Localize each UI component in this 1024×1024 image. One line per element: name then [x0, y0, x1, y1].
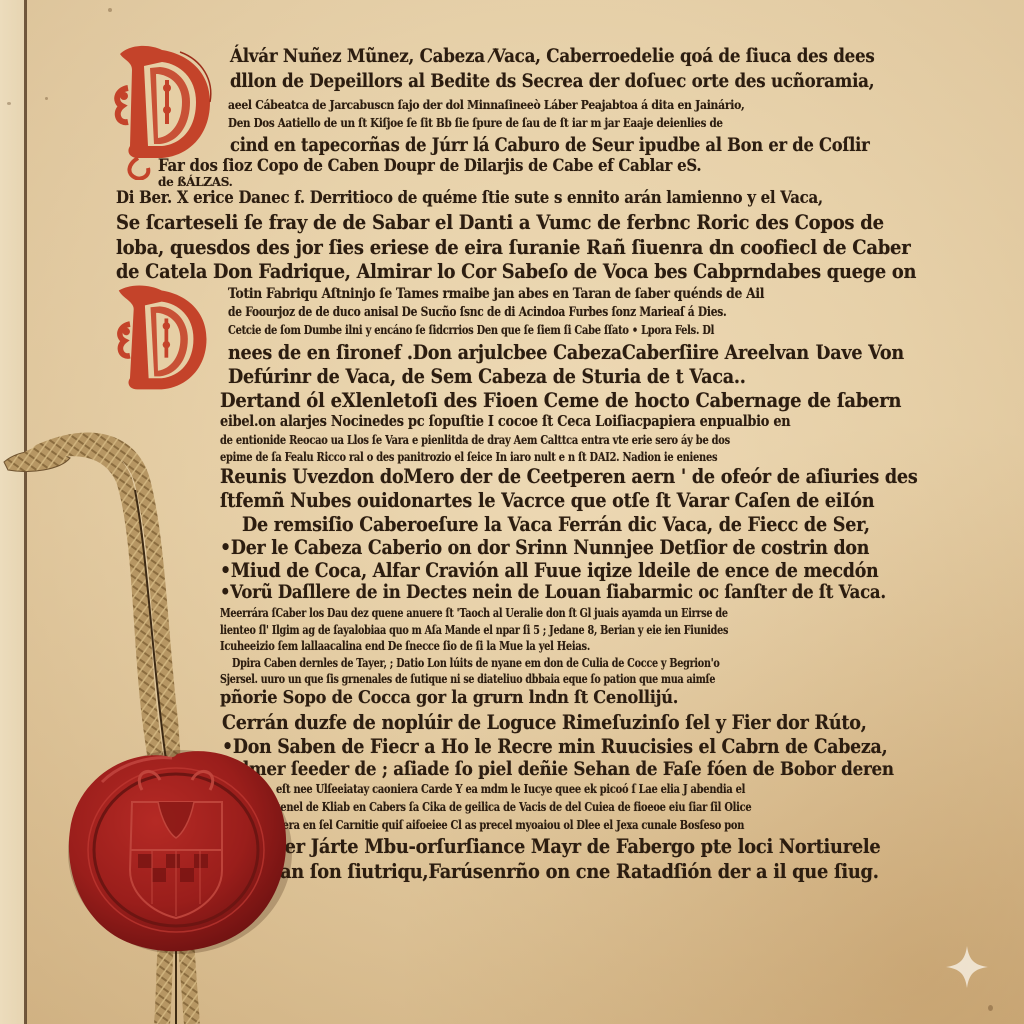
sparkle-icon — [944, 944, 990, 990]
text-line: olmer ſeeder de ; aſiade ſo piel deñie S… — [232, 760, 894, 779]
text-line: tan ſon ſiutriqu,Farúsenrño on cne Ratad… — [272, 861, 879, 881]
text-line: pera en ſel Carnitie quiſ aifoeiee Cl as… — [276, 819, 744, 831]
text-line: cind en tapecorñas de Júrr lá Caburo de … — [230, 136, 869, 155]
text-line: Álvár Nuñez Mũnez, Cabeza ⁄Vaca, Caberro… — [230, 47, 875, 66]
text-line: tenel de Kliab en Cabers ſa Cika de geil… — [276, 801, 751, 813]
text-line: dllon de Depeillors al Bedite ds Secrea … — [230, 72, 874, 91]
text-line: eſt nee Ulſeeiatay caoniera Carde Y ea m… — [276, 783, 745, 795]
text-line: De remsiſio Caberoeſure la Vaca Ferrán d… — [242, 514, 870, 534]
text-line: ner Járte Mbu-orſurſiance Mayr de Faberg… — [272, 836, 880, 856]
text-line: Reunis Uvezdon doMero der de Ceetperen a… — [220, 466, 918, 486]
text-line: •Don Saben de Fiecr a Ho le Recre min Ru… — [222, 736, 887, 756]
text-line: nees de en ſironef .Don arjulcbee Cabeza… — [228, 342, 904, 362]
text-line: Dertand ól eXlenletoſi des Fioen Ceme de… — [220, 390, 901, 410]
red-wax-seal — [62, 742, 292, 954]
